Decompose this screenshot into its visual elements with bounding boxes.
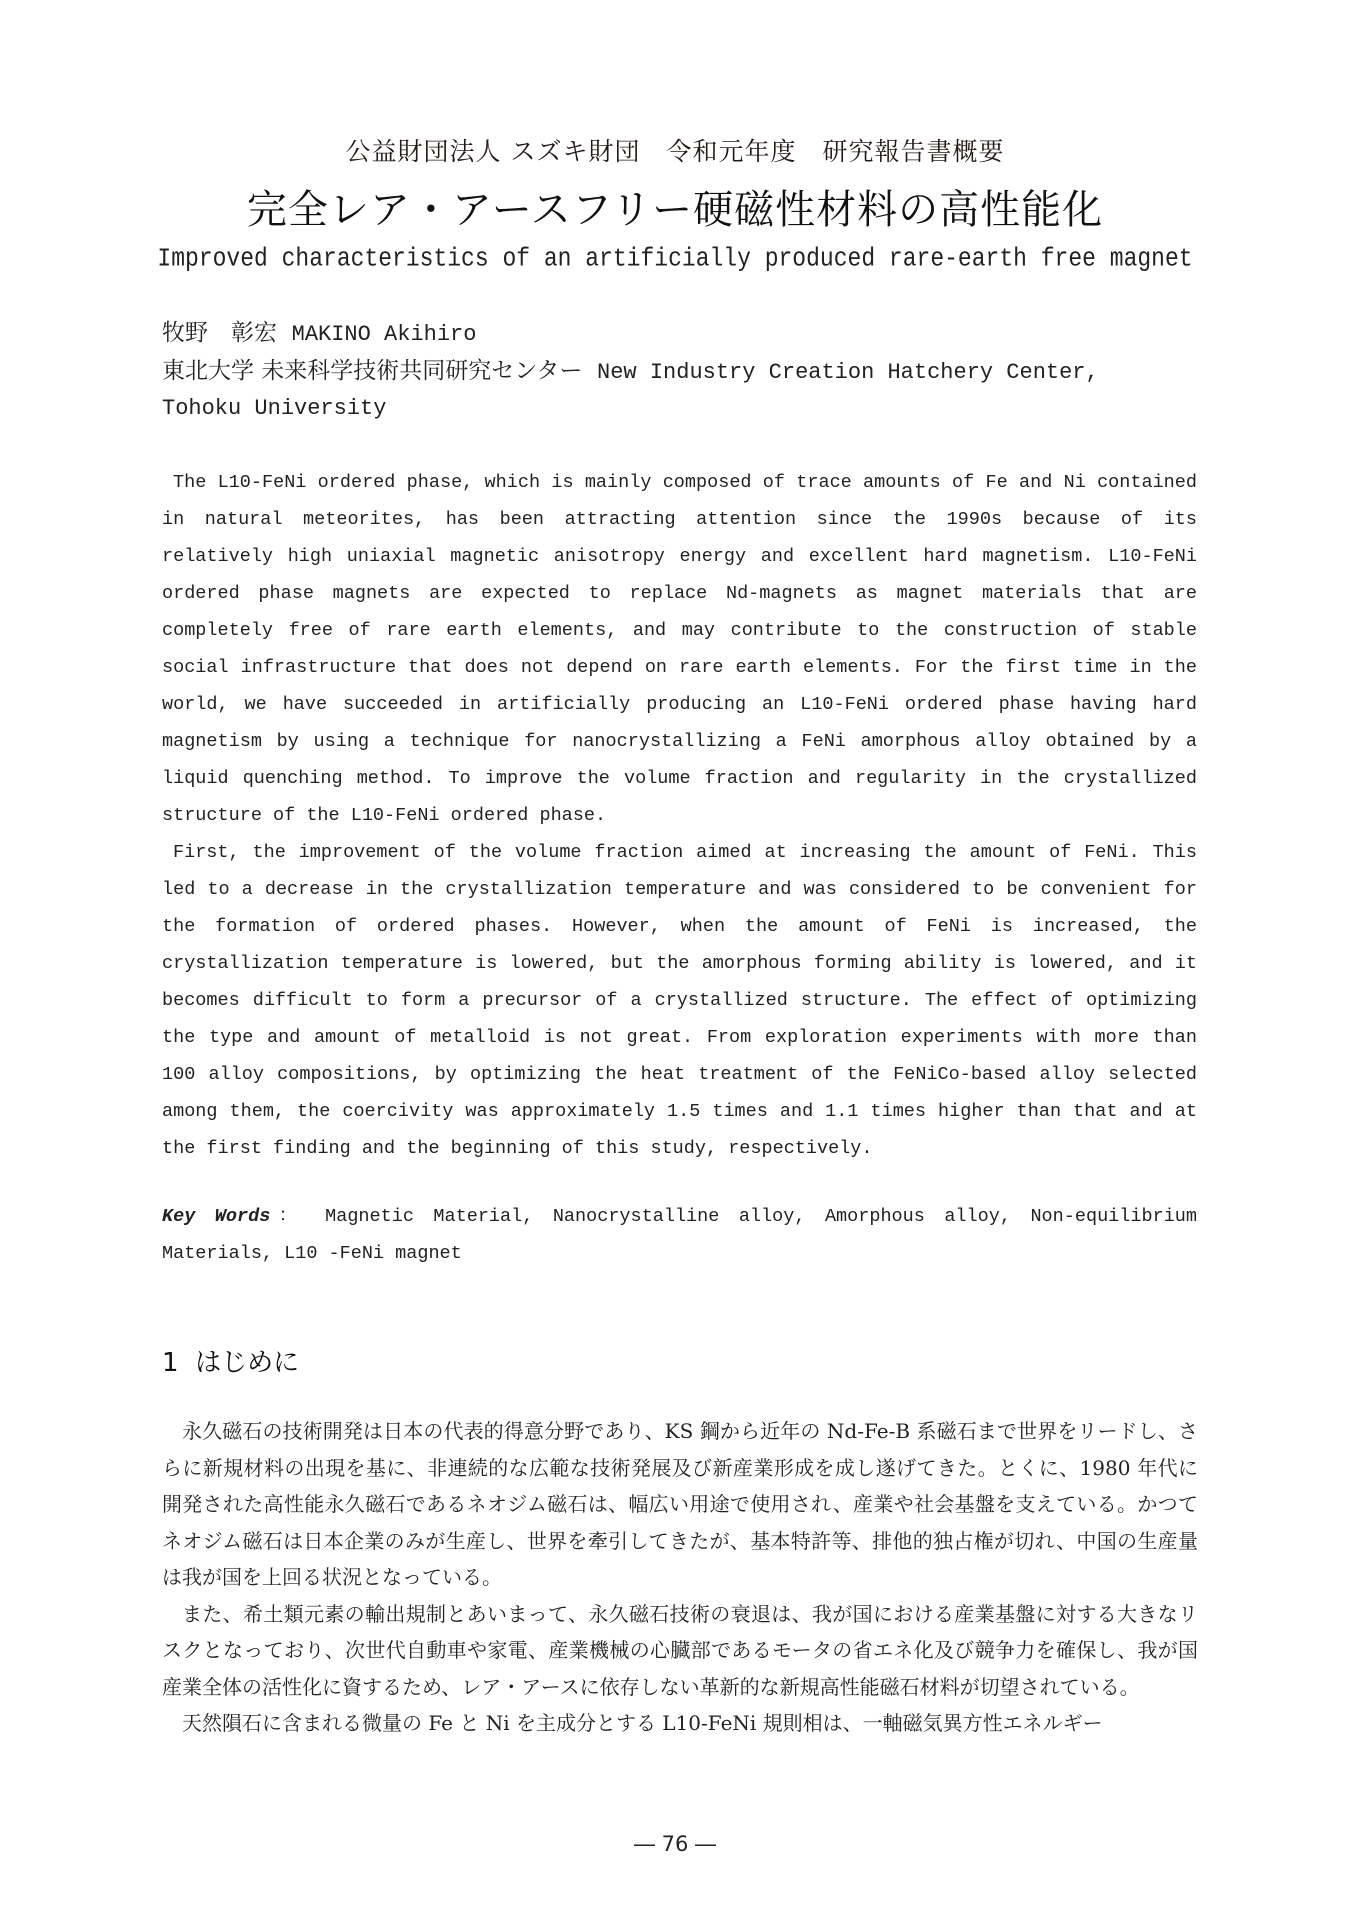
author-name-en: MAKINO Akihiro (292, 322, 477, 347)
abstract: The L10-FeNi ordered phase, which is mai… (162, 464, 1197, 1167)
abstract-paragraph: The L10-FeNi ordered phase, which is mai… (162, 464, 1197, 834)
keywords-separator: ： (270, 1206, 305, 1227)
english-title: Improved characteristics of an artificia… (0, 244, 1350, 273)
affiliation-line: 東北大学 未来科学技術共同研究センター New Industry Creatio… (162, 353, 1202, 391)
section-heading: 1 はじめに (162, 1342, 299, 1379)
body-paragraph: また、希土類元素の輸出規制とあいまって、永久磁石技術の衰退は、我が国における産業… (162, 1596, 1198, 1706)
section-body: 永久磁石の技術開発は日本の代表的得意分野であり、KS 鋼から近年の Nd-Fe-… (162, 1413, 1198, 1742)
organization-header: 公益財団法人 スズキ財団 令和元年度 研究報告書概要 (0, 132, 1350, 168)
author-name-ja: 牧野 彰宏 (162, 320, 277, 346)
page-title: 完全レア・アースフリー硬磁性材料の高性能化 (0, 178, 1350, 235)
body-paragraph: 天然隕石に含まれる微量の Fe と Ni を主成分とする L10-FeNi 規則… (162, 1705, 1198, 1742)
affiliation-en: New Industry Creation Hatchery Center, (597, 360, 1099, 385)
section-number: 1 (162, 1348, 179, 1378)
keywords-label: Key Words (162, 1206, 270, 1227)
page-number: ― 76 ― (0, 1832, 1350, 1856)
abstract-paragraph: First, the improvement of the volume fra… (162, 834, 1197, 1167)
body-paragraph: 永久磁石の技術開発は日本の代表的得意分野であり、KS 鋼から近年の Nd-Fe-… (162, 1413, 1198, 1596)
author-block: 牧野 彰宏 MAKINO Akihiro 東北大学 未来科学技術共同研究センター… (162, 315, 1202, 427)
keywords: Key Words： Magnetic Material, Nanocrysta… (162, 1198, 1197, 1272)
keywords-text: Magnetic Material, Nanocrystalline alloy… (162, 1206, 1197, 1264)
author-line: 牧野 彰宏 MAKINO Akihiro (162, 315, 1202, 353)
section-title: はじめに (195, 1348, 299, 1378)
document-page: 公益財団法人 スズキ財団 令和元年度 研究報告書概要 完全レア・アースフリー硬磁… (0, 0, 1350, 1909)
affiliation-en-continued: Tohoku University (162, 391, 1202, 427)
affiliation-ja: 東北大学 未来科学技術共同研究センター (162, 358, 582, 384)
